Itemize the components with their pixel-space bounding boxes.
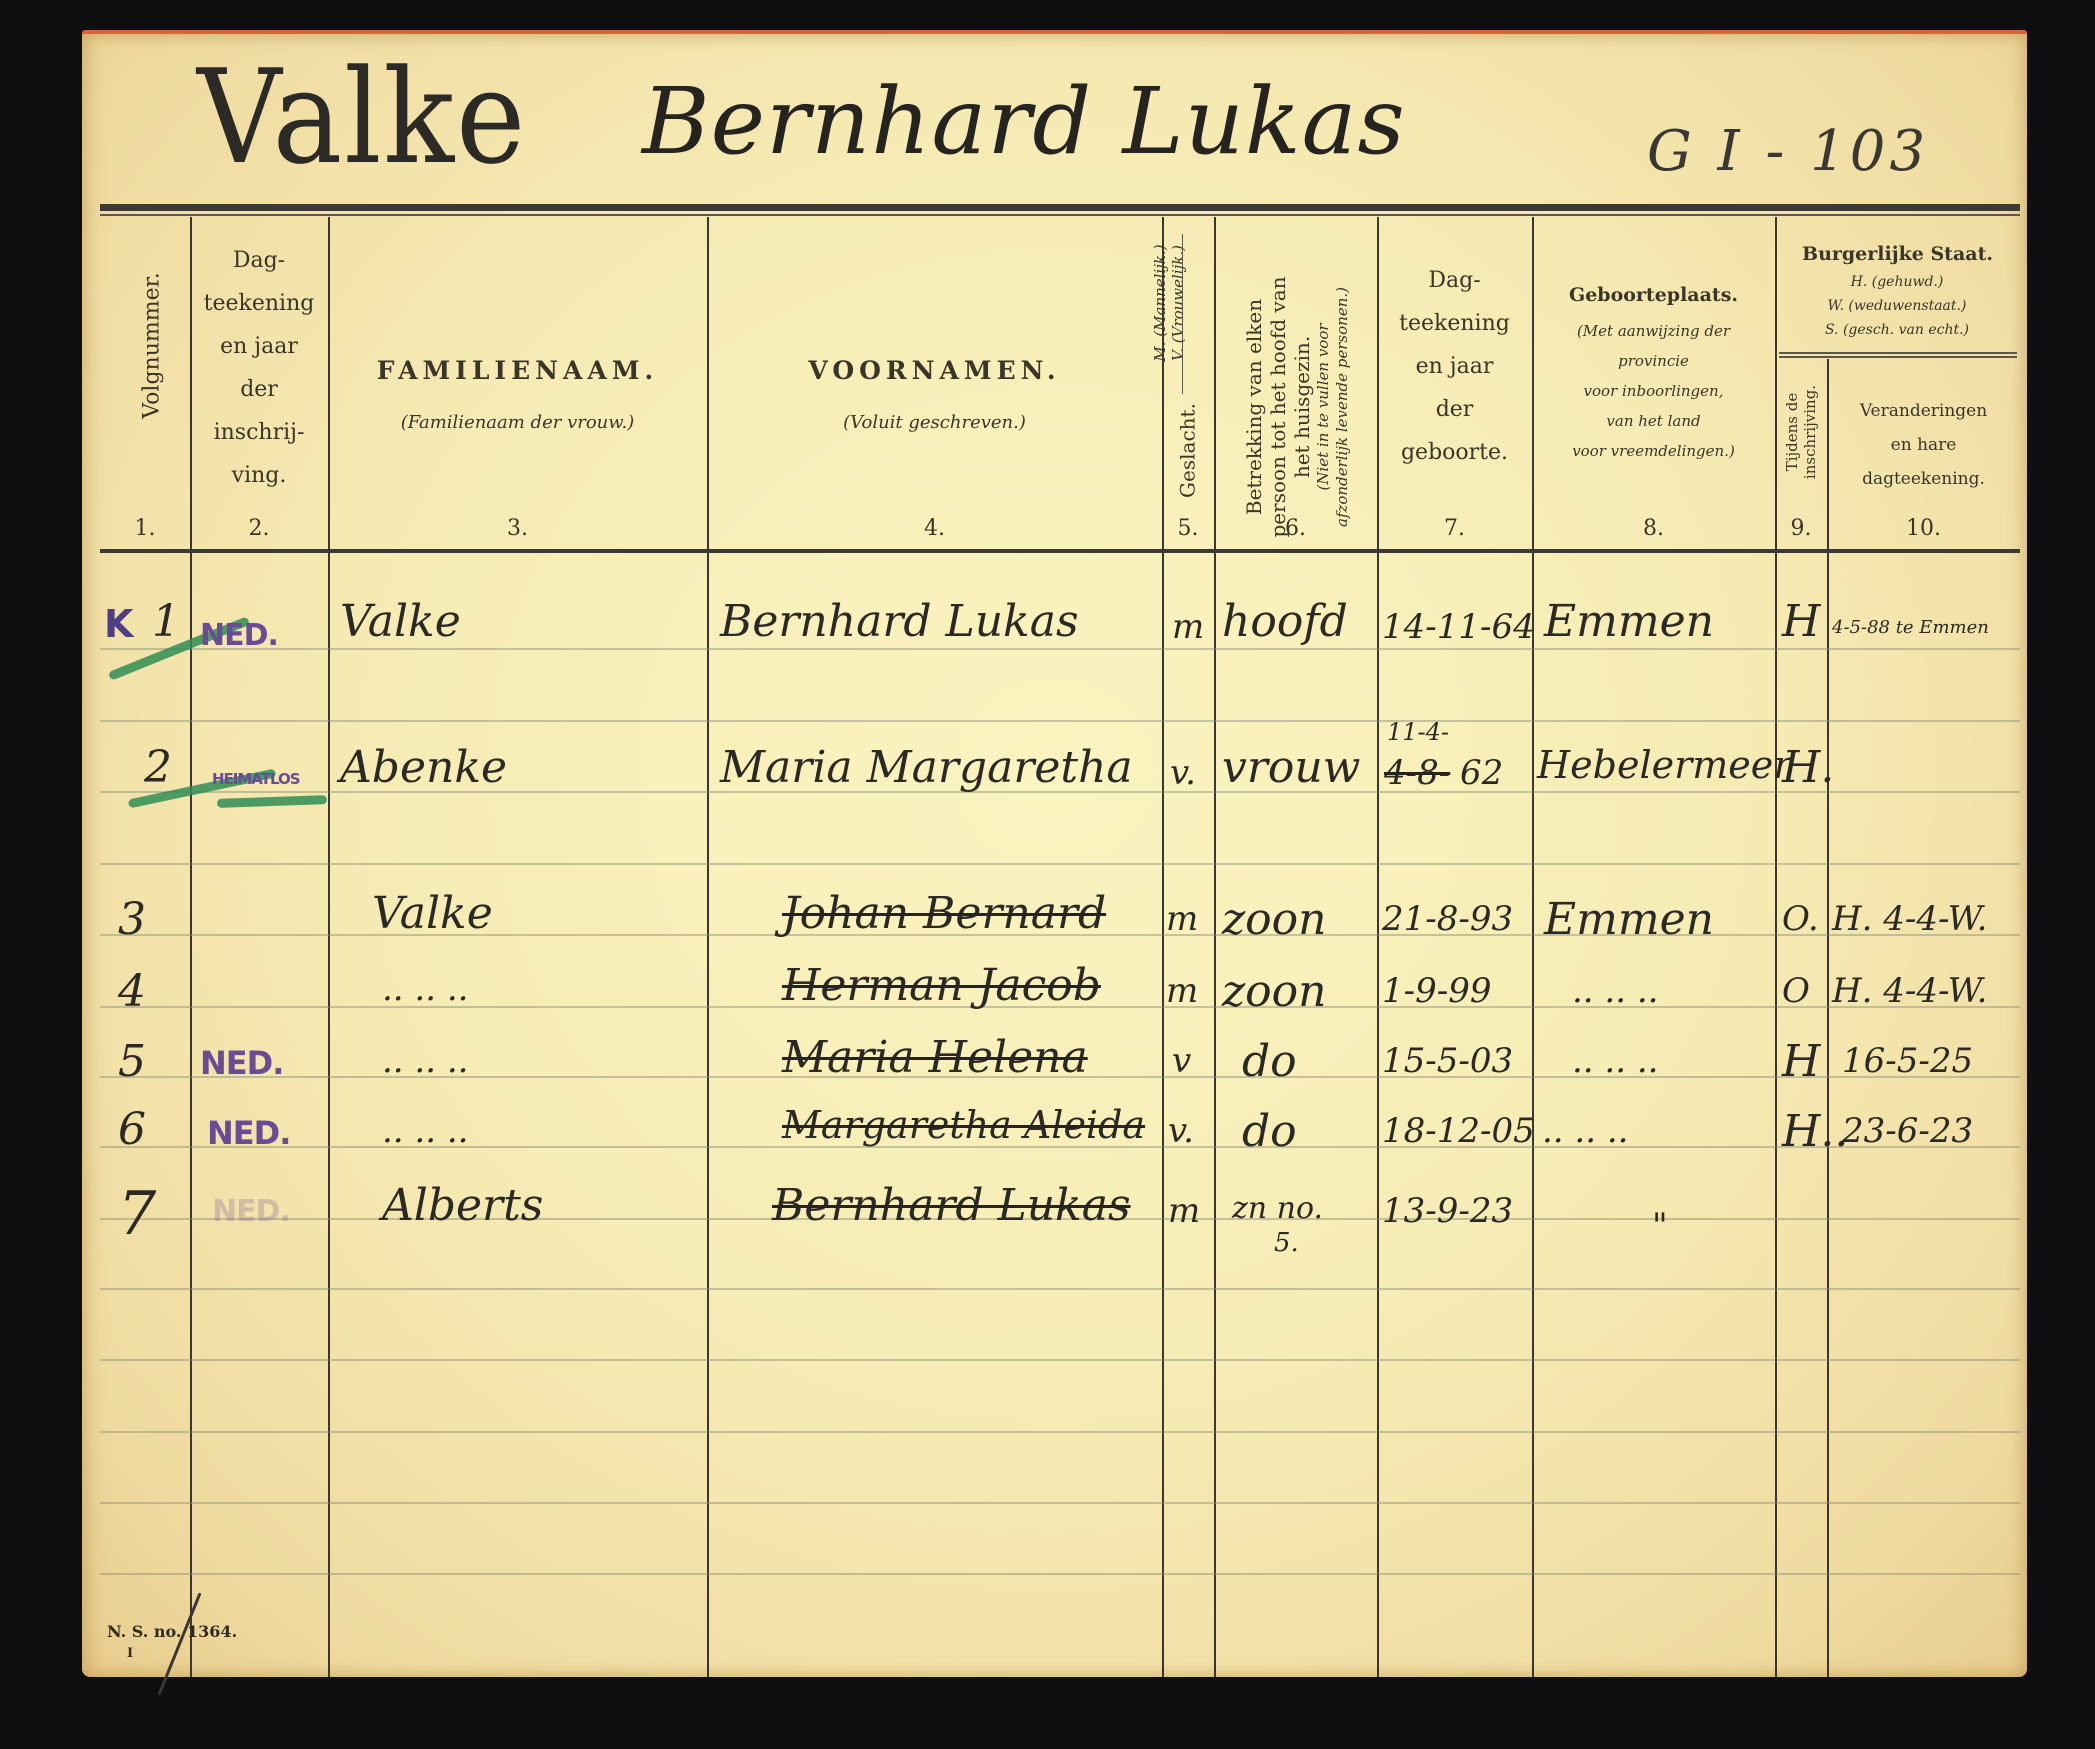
- header-line: persoon tot het hoofd van: [1266, 262, 1290, 552]
- legend-h: H. (gehuwd.): [1782, 270, 2012, 294]
- row-3-familienaam: Valke: [372, 892, 493, 936]
- row-6-veranderingen: 23-6-23: [1842, 1114, 1973, 1148]
- header-registration-date: Dag- teekening en jaar der inschrij- vin…: [190, 239, 328, 497]
- row-4-veranderingen: H. 4-4-W.: [1832, 974, 1987, 1008]
- row-6-familienaam: .. .. ..: [382, 1114, 468, 1148]
- header-line: voor vreemdelingen.): [1532, 436, 1775, 466]
- header-volgnummer: Volgnummer.: [131, 246, 174, 446]
- row-2-voornamen: Maria Margaretha: [720, 746, 1133, 790]
- header-veranderingen: Veranderingen en hare dagteekening.: [1827, 394, 2020, 496]
- staat-divider-2: [1779, 356, 2017, 358]
- row-3-betrekking: zoon: [1222, 898, 1327, 942]
- row-3-geslacht: m: [1166, 902, 1198, 936]
- header-line: en hare: [1827, 428, 2020, 462]
- header-familienaam-sub: (Familienaam der vrouw.): [328, 406, 707, 440]
- row-3-staat: O.: [1782, 902, 1819, 936]
- header-line: inschrij-: [190, 411, 328, 454]
- header-geboorteplaats-sub: (Met aanwijzing der provincie voor inboo…: [1532, 316, 1775, 466]
- row-6-geboorteplaats: .. .. ..: [1542, 1114, 1628, 1148]
- row-5-familienaam: .. .. ..: [382, 1044, 468, 1078]
- header-line: der: [1377, 388, 1532, 431]
- col-num-9: 9.: [1775, 516, 1827, 541]
- header-familienaam: FAMILIENAAM.: [328, 349, 707, 392]
- card-given-names: Bernhard Lukas: [642, 76, 1406, 168]
- col-num-1: 1.: [100, 516, 190, 541]
- header-line: teekening: [190, 282, 328, 325]
- row-6-geslacht: v.: [1168, 1114, 1194, 1148]
- row-3-voornamen: Johan Bernard: [782, 892, 1106, 936]
- row-line: [100, 720, 2020, 722]
- col-num-8: 8.: [1532, 516, 1775, 541]
- header-geboorteplaats: Geboorteplaats.: [1532, 274, 1775, 317]
- header-betrekking: Betrekking van elken persoon tot het hoo…: [1242, 262, 1352, 552]
- row-7-nationality-stamp-faded: NED.: [212, 1194, 290, 1229]
- row-7-betrekking-ref: 5.: [1274, 1230, 1299, 1256]
- header-line: ving.: [190, 454, 328, 497]
- header-line: der: [190, 368, 328, 411]
- row-5-geboorte: 15-5-03: [1382, 1044, 1513, 1078]
- row-4-geslacht: m: [1166, 974, 1198, 1008]
- row-6-betrekking: do: [1242, 1110, 1297, 1154]
- row-7-geslacht: m: [1168, 1194, 1200, 1228]
- population-register-card: Valke Bernhard Lukas G I - 103 Volgnumme…: [82, 30, 2027, 1677]
- row-5-staat: H: [1782, 1040, 1820, 1084]
- row-3-volgnummer: 3: [118, 898, 146, 942]
- row-5-betrekking: do: [1242, 1040, 1297, 1084]
- row-6-volgnummer: 6: [118, 1108, 146, 1152]
- staat-divider: [1779, 352, 2017, 354]
- row-2-staat: H.: [1782, 746, 1834, 790]
- title-rule-thin: [100, 214, 2020, 216]
- row-4-geboorteplaats: .. .. ..: [1572, 974, 1658, 1008]
- col-num-4: 4.: [707, 516, 1162, 541]
- header-line: van het land: [1532, 406, 1775, 436]
- col-divider-4: [1162, 217, 1164, 1677]
- row-4-familienaam: .. .. ..: [382, 972, 468, 1006]
- card-surname: Valke: [197, 52, 527, 182]
- row-3-geboorte: 21-8-93: [1382, 902, 1513, 936]
- row-2-geboorte: 62: [1460, 756, 1503, 790]
- row-line: [100, 1359, 2020, 1361]
- form-sub-mark: I: [127, 1646, 133, 1661]
- row-1-geboorteplaats: Emmen: [1544, 600, 1714, 644]
- row-2-nationality-stamp: HEIMATLOS: [212, 770, 300, 788]
- row-6-voornamen: Margaretha Aleida: [782, 1106, 1145, 1144]
- row-1-veranderingen: 4-5-88 te Emmen: [1832, 619, 1989, 637]
- header-voornamen-sub: (Voluit geschreven.): [707, 406, 1162, 440]
- col-num-2: 2.: [190, 516, 328, 541]
- card-reference-number: G I - 103: [1647, 124, 1929, 180]
- row-5-nationality-stamp: NED.: [200, 1044, 283, 1082]
- row-4-voornamen: Herman Jacob: [782, 964, 1101, 1008]
- row-2-volgnummer: 2: [144, 746, 172, 790]
- header-burgerlijke-staat: Burgerlijke Staat.: [1775, 239, 2020, 269]
- row-2-geboorteplaats: Hebelermeer: [1537, 746, 1791, 784]
- row-1-betrekking: hoofd: [1222, 600, 1348, 644]
- row-5-voornamen: Maria Helena: [782, 1036, 1088, 1080]
- row-line: [100, 1431, 2020, 1433]
- row-5-volgnummer: 5: [118, 1040, 146, 1084]
- row-line: [100, 648, 2020, 650]
- row-3-geboorteplaats: Emmen: [1544, 898, 1714, 942]
- row-4-volgnummer: 4: [118, 970, 146, 1014]
- row-2-geslacht: v.: [1170, 756, 1196, 790]
- row-line: [100, 863, 2020, 865]
- green-pencil-underline: [217, 795, 327, 808]
- header-line: afzonderlijk levende personen.): [1333, 262, 1352, 552]
- header-line: (Met aanwijzing der: [1532, 316, 1775, 346]
- header-line: Dag-: [1377, 259, 1532, 302]
- form-number: N. S. no. 1364.: [107, 1622, 237, 1641]
- row-1-geslacht: m: [1172, 610, 1204, 644]
- col-num-6: 6.: [1214, 516, 1377, 541]
- row-6-staat: H..: [1782, 1110, 1848, 1154]
- row-4-geboorte: 1-9-99: [1382, 974, 1492, 1008]
- row-2-betrekking: vrouw: [1222, 746, 1360, 790]
- row-1-staat: H: [1782, 600, 1820, 644]
- col-num-3: 3.: [328, 516, 707, 541]
- header-line: Veranderingen: [1827, 394, 2020, 428]
- row-5-geslacht: v: [1172, 1044, 1191, 1078]
- row-2-geboorte-struck: 4-8-: [1384, 756, 1450, 790]
- header-voornamen: VOORNAMEN.: [707, 349, 1162, 392]
- col-divider-9: [1827, 359, 1829, 1677]
- row-7-volgnummer: 7: [118, 1184, 156, 1244]
- col-num-5: 5.: [1162, 516, 1214, 541]
- header-line: dagteekening.: [1827, 462, 2020, 496]
- row-6-nationality-stamp: NED.: [207, 1114, 290, 1152]
- row-5-veranderingen: 16-5-25: [1842, 1044, 1973, 1078]
- row-7-geboorteplaats: ": [1652, 1209, 1668, 1243]
- row-2-geboorte-correction: 11-4-: [1387, 720, 1449, 744]
- header-line: Dag-: [190, 239, 328, 282]
- row-1-voornamen: Bernhard Lukas: [720, 600, 1079, 644]
- header-birth-date: Dag- teekening en jaar der geboorte.: [1377, 259, 1532, 474]
- row-7-betrekking: zn no.: [1232, 1194, 1323, 1224]
- header-line: en jaar: [190, 325, 328, 368]
- legend-s: S. (gesch. van echt.): [1782, 318, 2012, 342]
- row-7-voornamen: Bernhard Lukas: [772, 1184, 1131, 1228]
- row-line: [100, 1502, 2020, 1504]
- row-1-mark: K: [104, 602, 132, 646]
- row-7-geboorte: 13-9-23: [1382, 1194, 1513, 1228]
- row-line: [100, 1288, 2020, 1290]
- header-line: en jaar: [1377, 345, 1532, 388]
- row-line: [100, 1573, 2020, 1575]
- col-num-7: 7.: [1377, 516, 1532, 541]
- header-line: geboorte.: [1377, 431, 1532, 474]
- header-line: teekening: [1377, 302, 1532, 345]
- col-divider-5: [1214, 217, 1216, 1677]
- row-1-geboorte: 14-11-64: [1382, 610, 1535, 644]
- header-line: het huisgezin.: [1290, 262, 1314, 552]
- row-1-familienaam: Valke: [340, 600, 461, 644]
- title-rule: [100, 204, 2020, 211]
- row-4-betrekking: zoon: [1222, 970, 1327, 1014]
- legend-w: W. (weduwenstaat.): [1782, 294, 2012, 318]
- row-4-staat: O: [1782, 974, 1810, 1008]
- header-rule: [100, 549, 2020, 553]
- header-staat-legend: H. (gehuwd.) W. (weduwenstaat.) S. (gesc…: [1782, 270, 2012, 342]
- row-1-nationality-stamp: NED.: [200, 618, 278, 653]
- geslacht-legend-divider: [1182, 234, 1183, 394]
- row-2-familienaam: Abenke: [340, 746, 507, 790]
- row-6-geboorte: 18-12-05: [1382, 1114, 1535, 1148]
- header-tijdens-inschrijving: Tijdens de inschrijving.: [1783, 367, 1819, 497]
- header-line: (Niet in te vullen voor: [1314, 262, 1333, 552]
- header-line: voor inboorlingen,: [1532, 376, 1775, 406]
- row-3-veranderingen: H. 4-4-W.: [1832, 902, 1987, 936]
- header-geslacht-m: M. (Mannelijk.): [1151, 233, 1169, 373]
- row-7-familienaam: Alberts: [382, 1184, 543, 1228]
- col-num-10: 10.: [1827, 516, 2020, 541]
- pencil-tick: [158, 1592, 202, 1695]
- header-line: provincie: [1532, 346, 1775, 376]
- header-geslacht: Geslacht.: [1167, 381, 1210, 521]
- header-line: Betrekking van elken: [1242, 262, 1266, 552]
- row-1-volgnummer: 1: [152, 600, 180, 644]
- header-geslacht-v: V. (Vrouwelijk.): [1169, 233, 1187, 373]
- col-divider-8: [1775, 217, 1777, 1677]
- row-5-geboorteplaats: .. .. ..: [1572, 1044, 1658, 1078]
